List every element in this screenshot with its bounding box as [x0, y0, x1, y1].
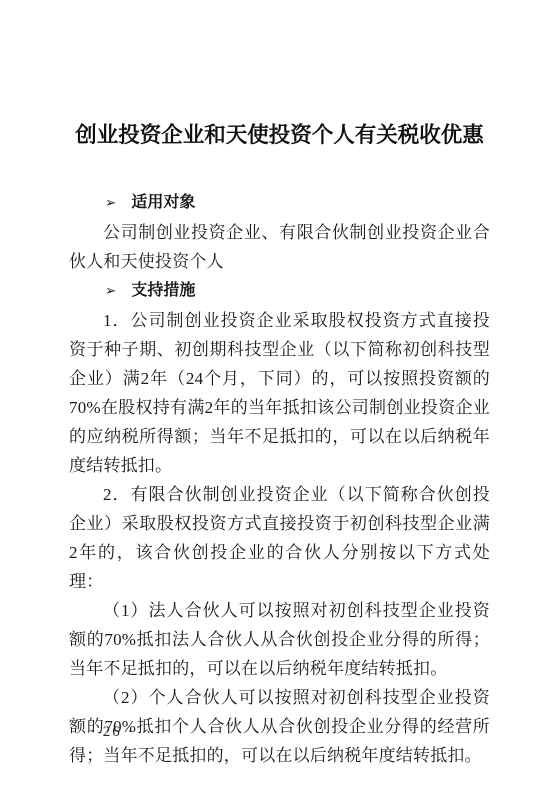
document-page: 创业投资企业和天使投资个人有关税收优惠 ➢ 适用对象 公司制创业投资企业、有限合…: [0, 0, 559, 793]
page-number: · 26 ·: [90, 723, 135, 741]
paragraph-measure-2: 2．有限合伙制创业投资企业（以下简称合伙创投企业）采取股权投资方式直接投资于初创…: [69, 480, 490, 596]
section-heading-support-measures: ➢ 支持措施: [69, 276, 490, 306]
paragraph-measure-2-item-1: （1）法人合伙人可以按照对初创科技型企业投资额的70%抵扣法人合伙人从合伙创投企…: [69, 596, 490, 683]
section-heading-label: 适用对象: [131, 188, 195, 217]
section-heading-label: 支持措施: [131, 276, 195, 305]
section-heading-applicable-objects: ➢ 适用对象: [69, 188, 490, 218]
arrow-bullet-icon: ➢: [105, 277, 116, 306]
page-title: 创业投资企业和天使投资个人有关税收优惠: [69, 121, 490, 150]
paragraph-measure-1: 1．公司制创业投资企业采取股权投资方式直接投资于种子期、初创期科技型企业（以下简…: [69, 306, 490, 480]
paragraph-applicable-objects: 公司制创业投资企业、有限合伙制创业投资企业合伙人和天使投资个人: [69, 218, 490, 276]
arrow-bullet-icon: ➢: [105, 189, 116, 218]
